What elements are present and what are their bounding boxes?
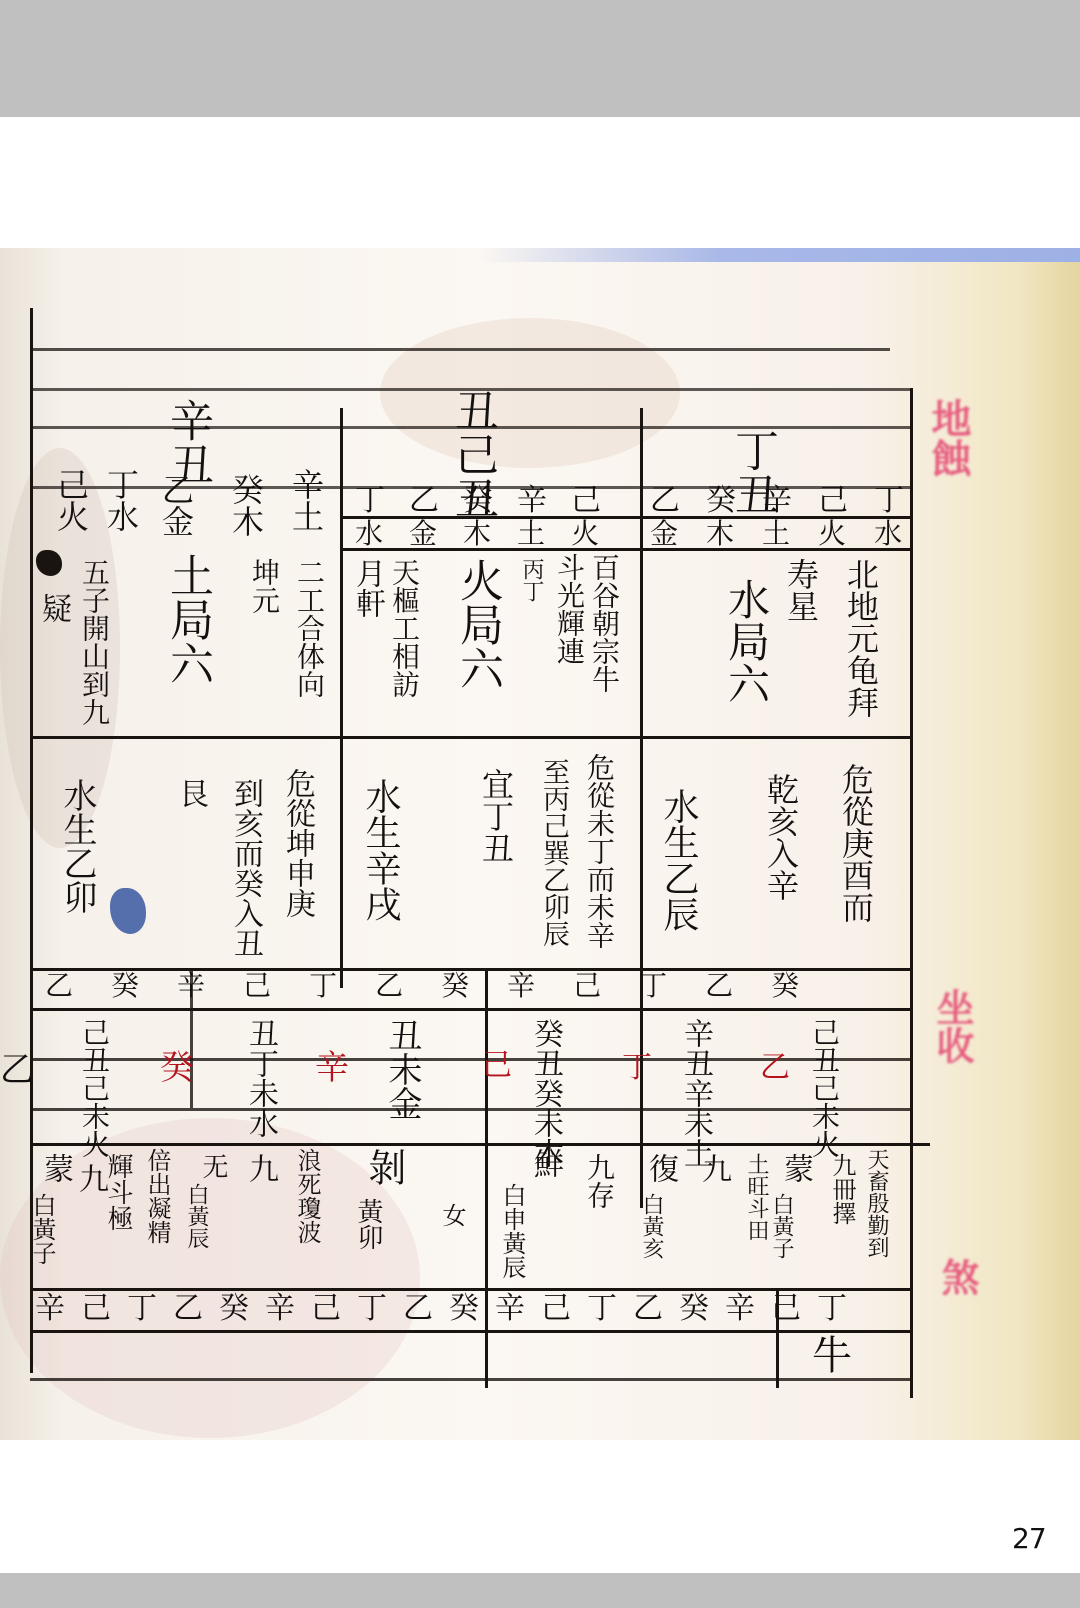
bottom-cell: 九 [698,1153,728,1183]
stem: 癸 [441,972,469,1000]
stem-element-pair: 丁水 [105,468,137,532]
note-column: 危從庚酉而 [840,763,872,923]
stem: 癸 [111,972,139,1000]
note-column: 五子開山到九 [80,558,108,726]
stem: 辛 [762,483,818,518]
stem: 丁 [587,1294,617,1324]
note-column: 月軒 [352,558,382,618]
elements-row-ji-chou: 水金木土火 [355,520,625,548]
note-column: 疑 [38,593,68,623]
stem-element-pair: 癸木 [230,473,262,537]
stem: 乙 [409,483,463,518]
bottom-cell: 九 [245,1153,275,1183]
paper-stain [380,318,680,468]
note-column: 至丙己巽乙卯辰 [540,758,567,947]
bottom-cell: 蒙 [780,1153,810,1183]
bottom-cell-sub: 白黃亥 [640,1193,662,1259]
bottom-cell-sub: 白黃子 [30,1193,54,1265]
red-stem: 癸 [160,1051,194,1085]
stem: 乙 [650,483,706,518]
branch-column: 丑未金 [385,1018,419,1120]
manuscript-scan: 丁丑 丑己丑 辛丑 丁己辛癸乙 金木土火水 丁乙癸辛己 水金木土火 辛土 癸木 … [0,248,1080,1440]
bottom-cell: 九冊擇 [830,1153,854,1225]
element: 火 [571,517,625,550]
note-column: 天樞工相訪 [390,558,418,698]
margin-stamp: 煞 [930,1258,985,1296]
stem: 己 [771,1294,801,1324]
blue-ink-blot [110,888,146,934]
note-column: 寿星 [785,558,817,622]
bottom-cell-sub: 白黃辰 [185,1183,207,1249]
bottom-cell-sub: 白申黃辰 [500,1183,524,1279]
rule-line [30,1008,910,1011]
element: 土 [762,517,818,550]
stem: 辛 [35,1294,65,1324]
bottom-cell: 土旺斗田 [745,1153,767,1241]
element: 金 [409,517,463,550]
stem: 己 [541,1294,571,1324]
stem: 丁 [639,972,667,1000]
stem: 乙 [173,1294,203,1324]
rule-line [30,348,890,351]
branch-column: 丑丁未水 [245,1018,275,1138]
note-column: 二工合体向 [295,558,323,698]
note-column: 斗光輝連 [555,553,583,665]
bottom-cell: 九 [75,1163,105,1193]
rule-line [30,736,910,739]
footer-character: 牛 [812,1336,852,1376]
stem: 乙 [403,1294,433,1324]
bottom-cell: 无 [200,1153,226,1179]
page-number: 27 [1012,1522,1046,1555]
note-column: 水生乙辰 [660,788,696,932]
rule-line [30,1143,930,1146]
stem: 己 [81,1294,111,1324]
bottom-cell: 蒙 [40,1153,70,1183]
red-stem: 乙 [760,1053,790,1083]
stem: 丁 [817,1294,847,1324]
stem: 癸 [706,483,762,518]
stem: 乙 [705,972,733,1000]
main-pattern-label: 火局六 [455,558,499,690]
main-pattern-label: 水局六 [725,578,767,704]
stem: 癸 [219,1294,249,1324]
note-column: 艮 [175,778,205,808]
bottom-cell: 浪死瓊波 [295,1148,319,1244]
elements-row-ding-chou: 金木土火水 [650,520,930,548]
stem: 癸 [449,1294,479,1324]
bottom-cell: 九存 [585,1153,613,1209]
branch-column: 癸丑癸未木 [530,1018,560,1168]
stem: 丁 [355,483,409,518]
column-divider [340,408,343,988]
bottom-cell: 鮮 [530,1148,560,1178]
ink-blot [36,550,62,576]
stem: 己 [571,483,625,518]
column-divider [485,968,488,1388]
stem: 己 [573,972,601,1000]
margin-stamp: 坐收 [925,988,980,1064]
bottom-cell-sub: 黃卯 [355,1198,381,1250]
red-stem: 丁 [622,1053,652,1083]
note-column: 危從坤申庚 [282,768,312,918]
stems-row-ji-chou: 丁乙癸辛己 [355,486,625,516]
stem-element-pair: 己火 [55,468,87,532]
stem: 辛 [725,1294,755,1324]
stem: 辛 [517,483,571,518]
stem: 己 [311,1294,341,1324]
stem: 丁 [127,1294,157,1324]
stem: 丁 [874,483,930,518]
branch-column: 己丑己未火 [810,1018,838,1158]
note-column: 百谷朝宗牛 [590,553,618,693]
stem: 丁 [357,1294,387,1324]
bottom-cell: 剝 [365,1148,403,1186]
stem-element-pair: 辛土 [290,468,322,532]
note-column: 坤元 [250,558,278,614]
stems-row-ding-chou: 丁己辛癸乙 [650,486,930,516]
bottom-cell: 天畜殷勤到 [865,1148,887,1258]
element: 火 [818,517,874,550]
bottom-cell: 女 [440,1203,464,1227]
stem: 癸 [771,972,799,1000]
stem: 辛 [495,1294,525,1324]
note-column: 北地元龟拜 [845,558,877,718]
stem: 己 [243,972,271,1000]
note-column: 乾亥入辛 [765,773,797,901]
stem: 乙 [375,972,403,1000]
stem: 丁 [309,972,337,1000]
stem: 癸 [463,483,517,518]
red-stem: 辛 [315,1051,349,1085]
element: 木 [706,517,762,550]
bottom-stems-row: 辛 己 丁 乙 癸 辛 己 丁 乙 癸 辛 己 丁 乙 癸 辛 己 丁 [35,1294,847,1324]
viewer-bottom-bar [0,1573,1080,1608]
column-divider [640,408,643,1208]
note-column: 到亥而癸入丑 [230,778,260,958]
scan-background-edge [480,248,1080,262]
stem: 乙 [45,972,73,1000]
bottom-cell: 復 [645,1153,675,1183]
viewer-top-bar [0,0,1080,117]
stem: 乙 [633,1294,663,1324]
element: 水 [355,517,409,550]
main-pattern-label: 土局六 [165,553,209,685]
bottom-cell-sub: 白黃子 [770,1193,792,1259]
stem-element-pair: 乙金 [160,473,192,537]
branch-column: 己丑己未火 [80,1018,108,1158]
note-column: 丙丁 [520,558,542,602]
note-column: 宜丁丑 [480,768,512,864]
middle-stems-row: 癸 乙 丁 己 辛 癸 乙 丁 己 辛 癸 乙 [45,972,799,1000]
margin-stamp: 地蝕 [920,398,977,478]
stem: 癸 [679,1294,709,1324]
stem: 己 [818,483,874,518]
note-column: 水生乙卯 [60,778,94,914]
stem: 辛 [265,1294,295,1324]
note-column: 危從未丁而未辛 [585,753,613,949]
element: 金 [650,517,706,550]
left-margin-mark: 乙 [0,1053,34,1087]
branch-column: 辛丑辛未土 [680,1018,710,1168]
element: 木 [463,517,517,550]
bottom-cell: 輝斗極 [105,1153,131,1231]
note-column: 水生辛戌 [362,778,398,922]
red-stem: 己 [482,1051,512,1081]
stem: 辛 [177,972,205,1000]
bottom-cell: 倍出凝精 [145,1148,169,1244]
element: 水 [874,517,930,550]
stem: 辛 [507,972,535,1000]
rule-line [30,1108,910,1111]
element: 土 [517,517,571,550]
